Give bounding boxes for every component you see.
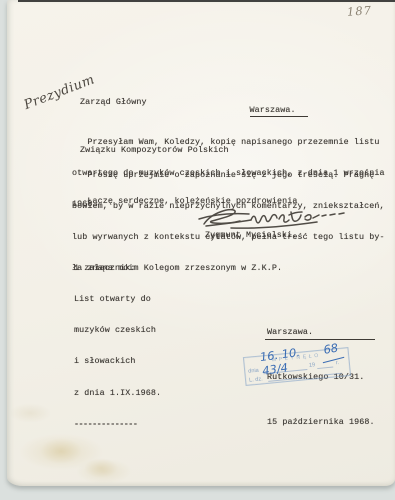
page-number: 187: [347, 3, 373, 19]
stamp-ref-line-2: [324, 373, 342, 376]
attachment-line: 1 załącznik:: [74, 263, 161, 273]
attachment-note: 1 załącznik: List otwarty do muzyków cze…: [74, 242, 161, 450]
date-underline: [265, 339, 375, 340]
recipient-line-1: Zarząd Główny: [80, 94, 229, 110]
sender-date: 15 października 1968.: [267, 415, 375, 430]
body-line: Proszę uprzejmie o zapoznanie się z jego…: [72, 170, 385, 180]
paper-stain: [84, 458, 118, 478]
attachment-line: muzyków czeskich: [74, 325, 161, 335]
scanned-letter: 187 Zarząd Główny Związku Kompozytorów P…: [0, 0, 395, 500]
stamp-handwritten-ref: 43/4: [261, 360, 289, 378]
stamp-year-line: [317, 367, 333, 370]
attachment-line: i słowackich: [74, 356, 161, 366]
attachment-line: List otwarty do: [74, 294, 161, 304]
stamp-year-suffix: r.: [336, 360, 340, 366]
sender-city: Warszawa.: [267, 325, 375, 340]
stamp-year-prefix: 19: [309, 362, 316, 369]
stamp-date-label: dnia: [248, 368, 259, 375]
attachment-divider: --------------: [74, 419, 161, 429]
handwritten-signature: [197, 205, 345, 233]
body-line: Przesyłam Wam, Koledzy, kopię napisanego…: [72, 137, 385, 147]
typed-signature: Zygmunt Mycielski.: [205, 230, 297, 240]
scan-artifact-line: [18, 0, 395, 2]
stamp-ref-label: L. dz.: [249, 376, 263, 383]
attachment-line: z dnia 1.IX.1968.: [74, 388, 161, 398]
stamp-handwritten-year: 68: [322, 341, 339, 357]
